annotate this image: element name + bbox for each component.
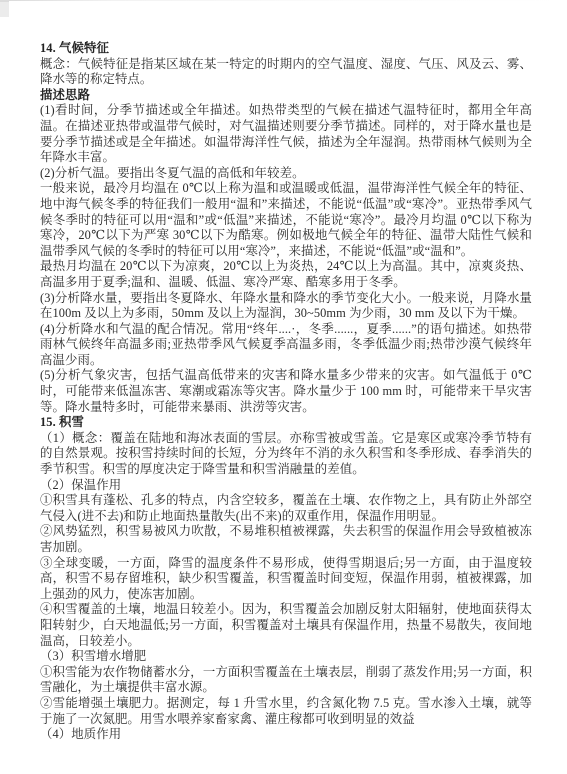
paragraph-insulation-heading: （2）保温作用 — [40, 478, 532, 494]
section-heading-snow-cover: 15. 积雪 — [40, 415, 532, 431]
paragraph-snow-concept: （1）概念：覆盖在陆地和海冰表面的雪层。亦称雪被或雪盖。它是寒区或寒冷季节特有的… — [40, 431, 532, 478]
scan-corner-artifact — [0, 0, 9, 17]
paragraph-water-fertility-point1: ①积雪能为农作物储蓄水分，一方面积雪覆盖在土壤表层，削弱了蒸发作用;另一方面，积… — [40, 665, 532, 696]
paragraph-geological-heading: （4）地质作用 — [40, 727, 532, 743]
section-heading-description-approach: 描述思路 — [40, 88, 532, 104]
paragraph-insulation-point1: ①积雪具有蓬松、孔多的特点，内含空较多，覆盖在土壤、农作物之上，具有防止外部空气… — [40, 493, 532, 524]
paragraph-step4-combination: (4)分析降水和气温的配合情况。常用“终年....·，冬季......，夏季..… — [40, 322, 532, 369]
document-page: 14. 气候特征 概念：气候特征是指某区域在某一特定的时期内的空气温度、湿度、气… — [0, 0, 567, 774]
paragraph-step1-time: (1)看时间，分季节描述或全年描述。如热带类型的气候在描述气温特征时，都用全年高… — [40, 103, 532, 165]
paragraph-step2-temperature: (2)分析气温。要指出冬夏气温的高低和年较差。 — [40, 166, 532, 182]
document-content: 14. 气候特征 概念：气候特征是指某区域在某一特定的时期内的空气温度、湿度、气… — [40, 41, 532, 743]
paragraph-step3-precipitation: (3)分析降水量，要指出冬夏降水、年降水量和降水的季节变化大小。一般来说，月降水… — [40, 291, 532, 322]
paragraph-water-fertility-point2: ②雪能增强土壤肥力。据测定，每 1 升雪水里，约含氮化物 7.5 克。雪水渗入土… — [40, 696, 532, 727]
scan-edge-artifact — [0, 0, 567, 1]
paragraph-insulation-point3: ③全球变暖，一方面，降雪的温度条件不易形成，使得雪期退后;另一方面，由于温度较高… — [40, 556, 532, 603]
paragraph-coldest-month-terms: 一般来说，最冷月均温在 0℃以上称为温和或温暖或低温，温带海洋性气候全年的特征、… — [40, 181, 532, 259]
section-heading-climate-features: 14. 气候特征 — [40, 41, 532, 57]
paragraph-step5-disasters: (5)分析气象灾害，包括气温高低带来的灾害和降水量多少带来的灾害。如气温低于 0… — [40, 368, 532, 415]
paragraph-water-fertility-heading: （3）积雪增水增肥 — [40, 649, 532, 665]
paragraph-hottest-month-terms: 最热月均温在 20℃以下为凉爽，20℃以上为炎热，24℃以上为高温。其中，凉爽炎… — [40, 259, 532, 290]
paragraph-insulation-point4: ④积雪覆盖的土壤，地温日较差小。因为，积雪覆盖会加剧反射太阳辐射，使地面获得太阳… — [40, 602, 532, 649]
paragraph-concept: 概念：气候特征是指某区域在某一特定的时期内的空气温度、湿度、气压、风及云、雾、降… — [40, 57, 532, 88]
paragraph-insulation-point2: ②风势猛烈，积雪易被风力吹散，不易堆积植被裸露，失去积雪的保温作用会导致植被冻害… — [40, 524, 532, 555]
